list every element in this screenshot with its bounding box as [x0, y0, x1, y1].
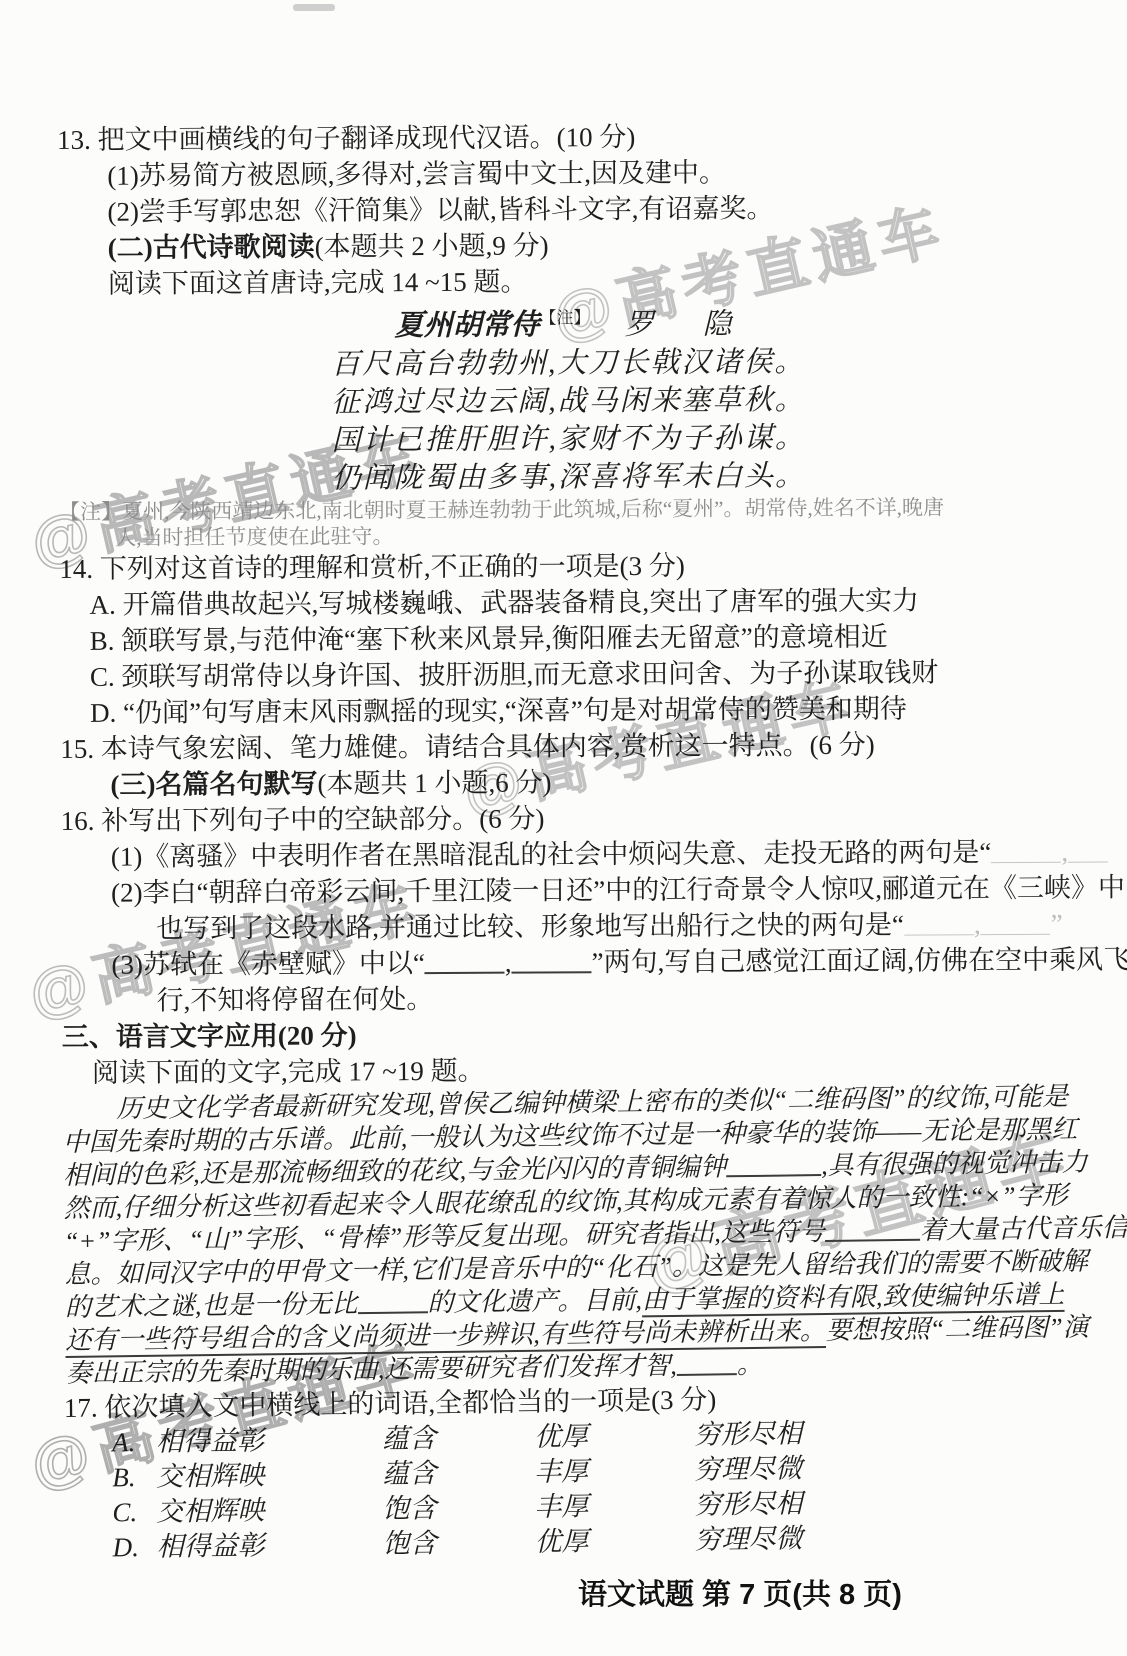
section2-heading-rest: (本题共 2 小题,9 分) [315, 230, 549, 261]
poem-author: 罗 隐 [624, 308, 741, 341]
passage-text: 要想按照“二维码图”演 [826, 1312, 1089, 1344]
q17-option-b-label: B. [112, 1459, 156, 1495]
q14-option-b: B. 颔联写景,与范仲淹“塞下秋来风景异,衡阳雁去无留意”的意境相近 [60, 617, 1080, 658]
poem-line-1: 百尺高台勃勃州,大刀长戟汉诸侯。 [58, 341, 1078, 384]
page-content: 13. 把文中画横线的句子翻译成现代汉语。(10 分) (1)苏易简方被恩顾,多… [57, 117, 1085, 1566]
poem: 夏州胡常侍【注】罗 隐 百尺高台勃勃州,大刀长戟汉诸侯。 征鸿过尽边云阔,战马闲… [58, 297, 1079, 499]
scan-artifact [293, 4, 335, 11]
q17-option-c-word-4: 穷形尽相 [694, 1486, 802, 1522]
q16-item-3-line-1: (3)苏轼在《赤壁赋》中以“,”两句,写自己感觉江面辽阔,仿佛在空中乘风飞 [61, 941, 1081, 982]
poem-line-3: 国计已推肝胆许,家财不为子孙谋。 [59, 417, 1079, 460]
q14-option-d: D. “仍闻”句写唐末风雨飘摇的现实,“深喜”句是对胡常侍的赞美和期待 [60, 689, 1080, 730]
q16-item-2-line-2: 也写到了这段水路,并通过比较、形象地写出船行之快的两句是“,” [61, 905, 1081, 946]
q17-option-b-word-4: 穷理尽微 [694, 1451, 802, 1487]
section3-heading-rest: (本题共 1 小题,6 分) [317, 767, 551, 798]
q14-stem: 14. 下列对这首诗的理解和赏析,不正确的一项是(3 分) [59, 545, 1079, 586]
passage-text: ,具有很强的视觉冲击力 [821, 1147, 1088, 1179]
section3-heading: (三)名篇名句默写(本题共 1 小题,6 分) [60, 761, 1080, 802]
q13-item-2: (2)尝手写郭忠恕《汗简集》以献,皆科斗文字,有诏嘉奖。 [57, 189, 1077, 230]
q14-option-c: C. 颈联写胡常侍以身许国、披肝沥胆,而无意求田问舍、为子孙谋取钱财 [60, 653, 1080, 694]
q16-stem: 16. 补写出下列句子中的空缺部分。(6 分) [61, 797, 1081, 838]
q14-option-a: A. 开篇借典故起兴,写城楼巍峨、武器装备精良,突出了唐军的强大实力 [59, 581, 1079, 622]
q15-stem: 15. 本诗气象宏阔、笔力雄健。请结合具体内容,赏析这一特点。(6 分) [60, 725, 1080, 766]
section2-heading: (二)古代诗歌阅读(本题共 2 小题,9 分) [58, 225, 1078, 266]
q17-option-c-word-1: 交相辉映 [156, 1491, 382, 1529]
q16-item-3-post: ”两句,写自己感觉江面辽阔,仿佛在空中乘风飞 [592, 944, 1127, 977]
q17-option-a-word-1: 相得益彰 [156, 1421, 382, 1459]
q17-option-c-label: C. [112, 1494, 156, 1530]
q17-option-c-word-3: 丰厚 [534, 1487, 694, 1524]
section2-heading-bold: (二)古代诗歌阅读 [108, 232, 315, 263]
q16-item-1-text: (1)《离骚》中表明作者在黑暗混乱的社会中烦闷失意、走投无路的两句是“ [111, 837, 992, 872]
answer-blank [425, 948, 505, 973]
q16-item-2-close: ” [1051, 908, 1063, 938]
q17-option-a-word-3: 优厚 [534, 1417, 694, 1454]
passage-text: 。 [737, 1349, 763, 1378]
q13-item-1: (1)苏易简方被恩顾,多得对,尝言蜀中文士,因及建中。 [57, 153, 1077, 194]
section3-heading-bold: (三)名篇名句默写 [110, 768, 317, 799]
poem-title: 夏州胡常侍 [394, 309, 539, 342]
poem-line-2: 征鸿过尽边云阔,战马闲来塞草秋。 [58, 379, 1078, 422]
answer-blank [512, 948, 592, 973]
q17-option-b-word-1: 交相辉映 [156, 1456, 382, 1494]
page-footer: 语文试题 第 7 页(共 8 页) [578, 1572, 902, 1613]
q17-option-b-word-3: 丰厚 [534, 1452, 694, 1489]
q17-option-b-word-2: 蕴含 [382, 1454, 534, 1491]
answer-blank [981, 911, 1051, 935]
passage-17-19: 历史文化学者最新研究发现,曾侯乙编钟横梁上密布的类似“二维码图”的纹饰,可能是 … [62, 1079, 1086, 1389]
exam-paper-page: @高考直通车 @高考直通车 @高考直通车 @高考直通车 @高考直通车 @高考直通… [0, 0, 1127, 1656]
q17-option-d-word-4: 穷理尽微 [694, 1521, 802, 1557]
poem-note-mark: 【注】 [539, 308, 590, 327]
passage-underlined-text: 由于掌握的资料有限,致使编钟乐谱上 [642, 1280, 1065, 1315]
poem-title-line: 夏州胡常侍【注】罗 隐 [58, 297, 1078, 347]
q16-item-3-pre: (3)苏轼在《赤壁赋》中以“ [111, 948, 425, 980]
q17-option-d-label: D. [112, 1529, 156, 1565]
passage-text: 的艺术之谜,也是一份无比 [65, 1289, 358, 1322]
q16-item-2-text: 也写到了这段水路,并通过比较、形象地写出船行之快的两句是“ [156, 909, 904, 943]
poem-line-4: 仍闻陇蜀由多事,深喜将军未白头。 [59, 455, 1079, 498]
passage-text: 着大量古代音乐信 [920, 1213, 1127, 1245]
q16-item-1: (1)《离骚》中表明作者在黑暗混乱的社会中烦闷失意、走投无路的两句是“, [61, 833, 1081, 874]
answer-blank [726, 1152, 821, 1177]
q17-option-d-word-1: 相得益彰 [156, 1526, 382, 1564]
q17-option-d-word-3: 优厚 [534, 1522, 694, 1559]
q17-option-a-word-2: 蕴含 [382, 1419, 534, 1456]
q17-option-a-label: A. [112, 1424, 156, 1460]
q13-stem: 13. 把文中画横线的句子翻译成现代汉语。(10 分) [57, 117, 1077, 158]
section2-intro: 阅读下面这首唐诗,完成 14 ~15 题。 [58, 261, 1078, 302]
answer-blank [825, 1216, 920, 1241]
q17-option-d-word-2: 饱含 [382, 1524, 534, 1561]
passage-text: 的文化遗产。目前, [427, 1285, 642, 1317]
answer-blank [1068, 838, 1108, 862]
answer-blank [991, 838, 1061, 862]
answer-blank [357, 1289, 427, 1314]
answer-blank [677, 1351, 737, 1376]
section4-heading: 三、语言文字应用(20 分) [62, 1013, 1082, 1054]
poem-footnote-line-1: 【注】夏州,今陕西靖边东北,南北朝时夏王赫连勃勃于此筑城,后称“夏州”。胡常侍,… [59, 493, 1079, 524]
passage-text: 奏出正宗的先秦时期的乐曲,还需要研究者们发挥才智, [66, 1351, 677, 1388]
answer-blank [904, 911, 974, 935]
q16-item-2-line-1: (2)李白“朝辞白帝彩云间,千里江陵一日还”中的江行奇景令人惊叹,郦道元在《三峡… [61, 869, 1081, 910]
q16-item-3-line-2: 行,不知将停留在何处。 [62, 977, 1082, 1018]
q17-option-a-word-4: 穷形尽相 [694, 1416, 802, 1452]
q17-option-c-word-2: 饱含 [382, 1489, 534, 1526]
